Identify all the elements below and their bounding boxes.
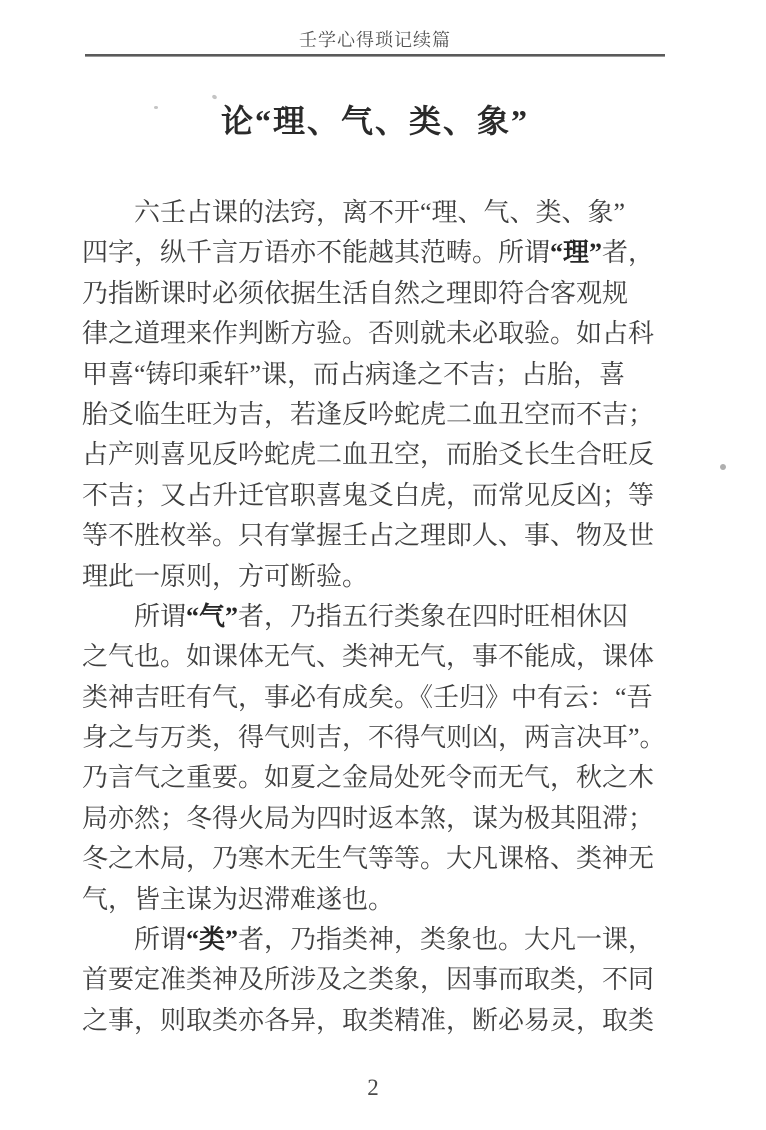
text-segment: 所谓 <box>134 925 186 954</box>
text-line: 六壬占课的法窍，离不开“理、气、类、象” <box>82 193 656 233</box>
page-number: 2 <box>83 1075 663 1101</box>
text-segment: 四字，纵千言万语亦不能越其范畴。所谓 <box>82 238 550 267</box>
text-line: 乃指断课时必须依据生活自然之理即符合客观规 <box>82 274 656 314</box>
text-line: 首要定准类神及所涉及之类象，因事而取类，不同 <box>82 960 656 1000</box>
text-line: 甲喜“铸印乘轩”课，而占病逢之不吉；占胎，喜 <box>82 355 656 395</box>
paragraph-2: 所谓“气”者，乃指五行类象在四时旺相休囚 之气也。如课体无气、类神无气，事不能成… <box>82 597 656 920</box>
text-segment: 者， <box>602 238 654 267</box>
text-line: 理此一原则，方可断验。 <box>82 557 656 597</box>
text-line: 所谓“类”者，乃指类神，类象也。大凡一课， <box>82 920 656 960</box>
text-segment: 所谓 <box>134 602 186 631</box>
paragraph-1: 六壬占课的法窍，离不开“理、气、类、象” 四字，纵千言万语亦不能越其范畴。所谓“… <box>82 193 656 597</box>
keyword-lei: “类” <box>186 925 238 954</box>
text-line: 乃言气之重要。如夏之金局处死令而无气，秋之木 <box>82 758 656 798</box>
text-line: 占产则喜见反吟蛇虎二血丑空，而胎爻长生合旺反 <box>82 435 656 475</box>
header-rule <box>85 54 665 57</box>
body-text: 六壬占课的法窍，离不开“理、气、类、象” 四字，纵千言万语亦不能越其范畴。所谓“… <box>82 193 656 1041</box>
text-line: 之事，则取类亦各异，取类精准，断必易灵，取类 <box>82 1001 656 1041</box>
chapter-title: 论“理、气、类、象” <box>85 96 665 142</box>
text-line: 等不胜枚举。只有掌握壬占之理即人、事、物及世 <box>82 516 656 556</box>
paragraph-3: 所谓“类”者，乃指类神，类象也。大凡一课， 首要定准类神及所涉及之类象，因事而取… <box>82 920 656 1041</box>
text-line: 胎爻临生旺为吉，若逢反吟蛇虎二血丑空而不吉； <box>82 395 656 435</box>
book-page: 壬学心得琐记续篇 论“理、气、类、象” 六壬占课的法窍，离不开“理、气、类、象”… <box>0 0 766 1130</box>
text-segment: 者，乃指类神，类象也。大凡一课， <box>238 925 654 954</box>
scan-speck <box>720 464 726 470</box>
text-line: 不吉；又占升迁官职喜鬼爻白虎，而常见反凶；等 <box>82 476 656 516</box>
text-line: 冬之木局，乃寒木无生气等等。大凡课格、类神无 <box>82 839 656 879</box>
text-line: 局亦然；冬得火局为四时返本煞，谋为极其阻滞； <box>82 799 656 839</box>
text-line: 四字，纵千言万语亦不能越其范畴。所谓“理”者， <box>82 233 656 273</box>
running-header: 壬学心得琐记续篇 <box>85 26 665 52</box>
text-line: 之气也。如课体无气、类神无气，事不能成，课体 <box>82 637 656 677</box>
scan-speck <box>154 106 158 109</box>
keyword-li: “理” <box>550 238 602 267</box>
keyword-qi: “气” <box>186 602 238 631</box>
text-line: 气，皆主谋为迟滞难遂也。 <box>82 880 656 920</box>
text-line: 身之与万类，得气则吉，不得气则凶，两言决耳”。 <box>82 718 656 758</box>
text-segment: 者，乃指五行类象在四时旺相休囚 <box>238 602 628 631</box>
text-line: 类神吉旺有气，事必有成矣。《壬归》中有云：“吾 <box>82 678 656 718</box>
text-line: 律之道理来作判断方验。否则就未必取验。如占科 <box>82 314 656 354</box>
text-line: 所谓“气”者，乃指五行类象在四时旺相休囚 <box>82 597 656 637</box>
